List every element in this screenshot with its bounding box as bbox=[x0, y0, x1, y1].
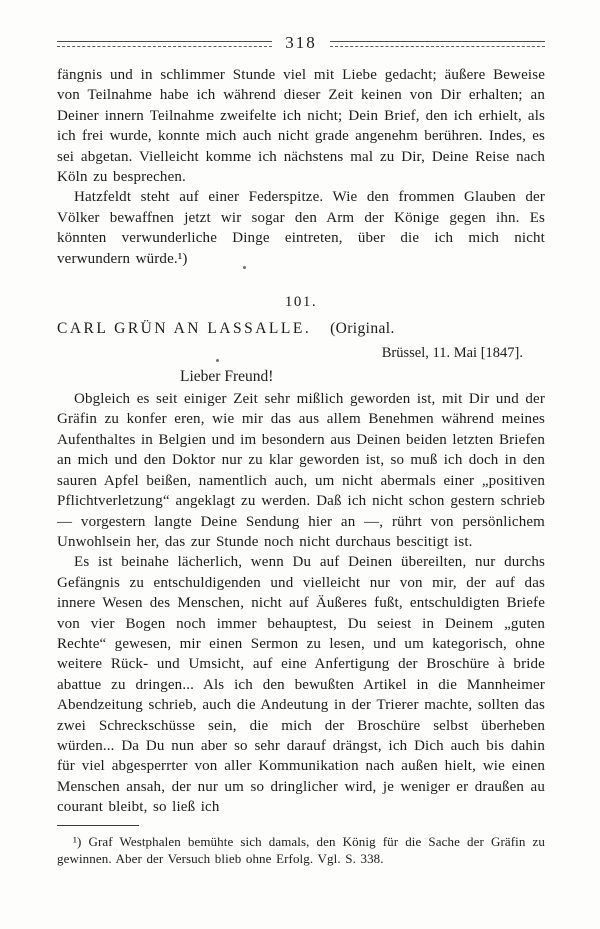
page-number: 318 bbox=[285, 35, 317, 50]
letter-heading-original-note: (Original. bbox=[330, 320, 395, 337]
book-page: 318 fängnis und in schlimmer Stunde viel… bbox=[0, 0, 600, 929]
section-number: 101. bbox=[57, 294, 545, 311]
scan-speck bbox=[243, 266, 246, 269]
dateline: Brüssel, 11. Mai [1847]. bbox=[57, 345, 545, 362]
letter-heading: CARL GRÜN AN LASSALLE. (Original. bbox=[57, 320, 545, 338]
salutation: Lieber Freund! bbox=[180, 368, 545, 386]
paragraph: Hatzfeldt steht auf einer Federspitze. W… bbox=[57, 187, 545, 269]
footnote: ¹) Graf Westphalen bemühte sich damals, … bbox=[57, 833, 545, 868]
letter-paragraph: Obgleich es seit einiger Zeit sehr mißli… bbox=[57, 389, 545, 552]
header-rule-left bbox=[57, 41, 272, 47]
paragraph-continuation: fängnis und in schlimmer Stunde viel mit… bbox=[57, 65, 545, 187]
letter-heading-names: CARL GRÜN AN LASSALLE. bbox=[57, 320, 311, 337]
letter-paragraph: Es ist beinahe lächerlich, wenn Du auf D… bbox=[57, 552, 545, 817]
scan-speck bbox=[216, 359, 219, 362]
page-header: 318 bbox=[57, 36, 545, 51]
footnote-separator bbox=[57, 825, 139, 829]
header-rule-right bbox=[330, 41, 545, 47]
